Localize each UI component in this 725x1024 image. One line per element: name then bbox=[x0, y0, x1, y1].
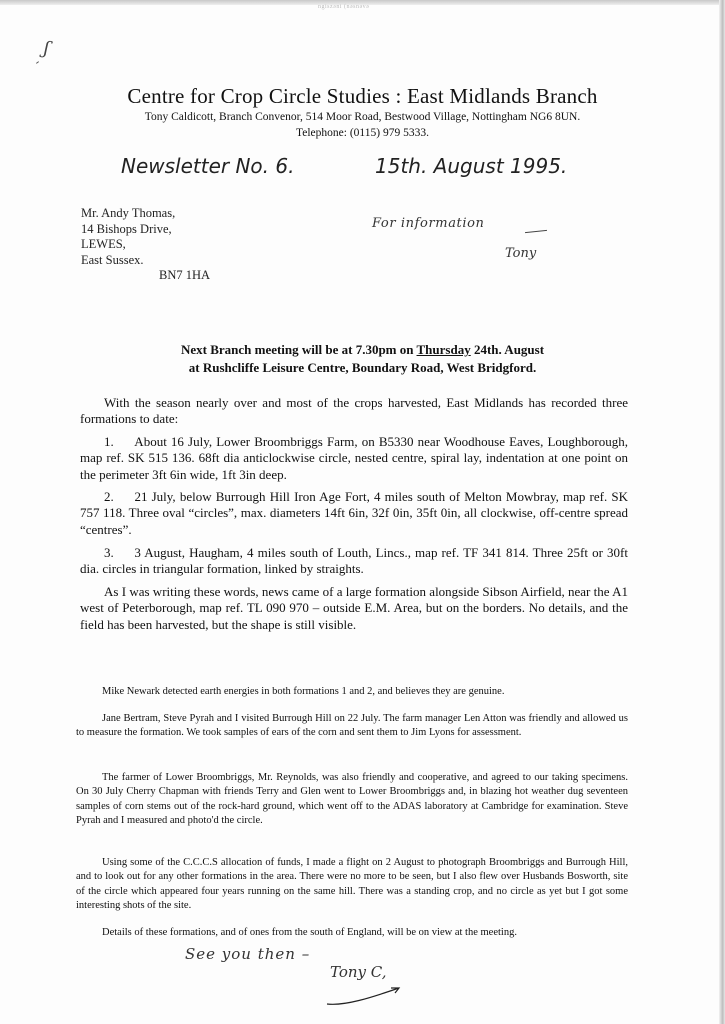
recipient-name: Mr. Andy Thomas, bbox=[81, 206, 210, 222]
energies-text: Mike Newark detected earth energies in b… bbox=[76, 685, 628, 699]
handwritten-note: For information bbox=[372, 216, 485, 231]
sibson-paragraph: As I was writing these words, news came … bbox=[80, 584, 628, 633]
convenor-address: Tony Caldicott, Branch Convenor, 514 Moo… bbox=[0, 111, 725, 123]
meeting-line-2: at Rushcliffe Leisure Centre, Boundary R… bbox=[0, 359, 725, 377]
organisation-title: Centre for Crop Circle Studies : East Mi… bbox=[0, 84, 725, 109]
recipient-address: Mr. Andy Thomas, 14 Bishops Drive, LEWES… bbox=[81, 206, 210, 284]
energies-paragraph: Mike Newark detected earth energies in b… bbox=[76, 685, 628, 699]
flight-text: Using some of the C.C.C.S allocation of … bbox=[76, 856, 628, 913]
burrough-visit-paragraph: Jane Bertram, Steve Pyrah and I visited … bbox=[76, 712, 628, 741]
details-paragraph: Details of these formations, and of ones… bbox=[76, 926, 628, 940]
formation-1-text: 1. About 16 July, Lower Broombriggs Farm… bbox=[80, 434, 628, 483]
scan-right-edge bbox=[719, 0, 725, 1024]
details-text: Details of these formations, and of ones… bbox=[76, 926, 628, 940]
formation-3-text: 3. 3 August, Haugham, 4 miles south of L… bbox=[80, 545, 628, 578]
recipient-county: East Sussex. bbox=[81, 253, 210, 269]
newsletter-date: 15th. August 1995. bbox=[375, 154, 567, 178]
meeting-line-1: Next Branch meeting will be at 7.30pm on… bbox=[0, 341, 725, 359]
newsletter-number: Newsletter No. 6. bbox=[121, 154, 294, 178]
meeting-date: 24th. August bbox=[471, 342, 544, 357]
intro-paragraph: With the season nearly over and most of … bbox=[80, 395, 628, 428]
telephone: Telephone: (0115) 979 5333. bbox=[0, 127, 725, 139]
handwritten-signature: Tony C, bbox=[330, 963, 386, 981]
recipient-postcode: BN7 1HA bbox=[81, 268, 210, 284]
broombriggs-visit-text: The farmer of Lower Broombriggs, Mr. Rey… bbox=[76, 771, 628, 828]
burrough-visit-text: Jane Bertram, Steve Pyrah and I visited … bbox=[76, 712, 628, 741]
recipient-town: LEWES, bbox=[81, 237, 210, 253]
meeting-announcement: Next Branch meeting will be at 7.30pm on… bbox=[0, 341, 725, 377]
formation-2-paragraph: 2. 21 July, below Burrough Hill Iron Age… bbox=[80, 489, 628, 538]
handwritten-closing: See you then – bbox=[185, 945, 310, 963]
handwritten-initials: Tony bbox=[505, 246, 536, 261]
formation-3-paragraph: 3. 3 August, Haugham, 4 miles south of L… bbox=[80, 545, 628, 578]
recipient-street: 14 Bishops Drive, bbox=[81, 222, 210, 238]
broombriggs-visit-paragraph: The farmer of Lower Broombriggs, Mr. Rey… bbox=[76, 771, 628, 828]
signature-flourish bbox=[325, 984, 405, 1008]
formation-1-paragraph: 1. About 16 July, Lower Broombriggs Farm… bbox=[80, 434, 628, 483]
formation-2-text: 2. 21 July, below Burrough Hill Iron Age… bbox=[80, 489, 628, 538]
scanned-newsletter-page: ngiszəni (nəsnəvə ʃ Centre for Crop Circ… bbox=[0, 0, 725, 1024]
flight-paragraph: Using some of the C.C.C.S allocation of … bbox=[76, 856, 628, 913]
sibson-text: As I was writing these words, news came … bbox=[80, 584, 628, 633]
handwritten-dash bbox=[525, 230, 547, 233]
margin-pen-mark: ʃ bbox=[42, 38, 50, 60]
bleed-through-text: ngiszəni (nəsnəvə bbox=[318, 4, 369, 10]
intro-text: With the season nearly over and most of … bbox=[80, 395, 628, 428]
margin-pen-dot bbox=[36, 61, 39, 64]
meeting-time: Next Branch meeting will be at 7.30pm on bbox=[181, 342, 417, 357]
meeting-day: Thursday bbox=[417, 342, 471, 357]
